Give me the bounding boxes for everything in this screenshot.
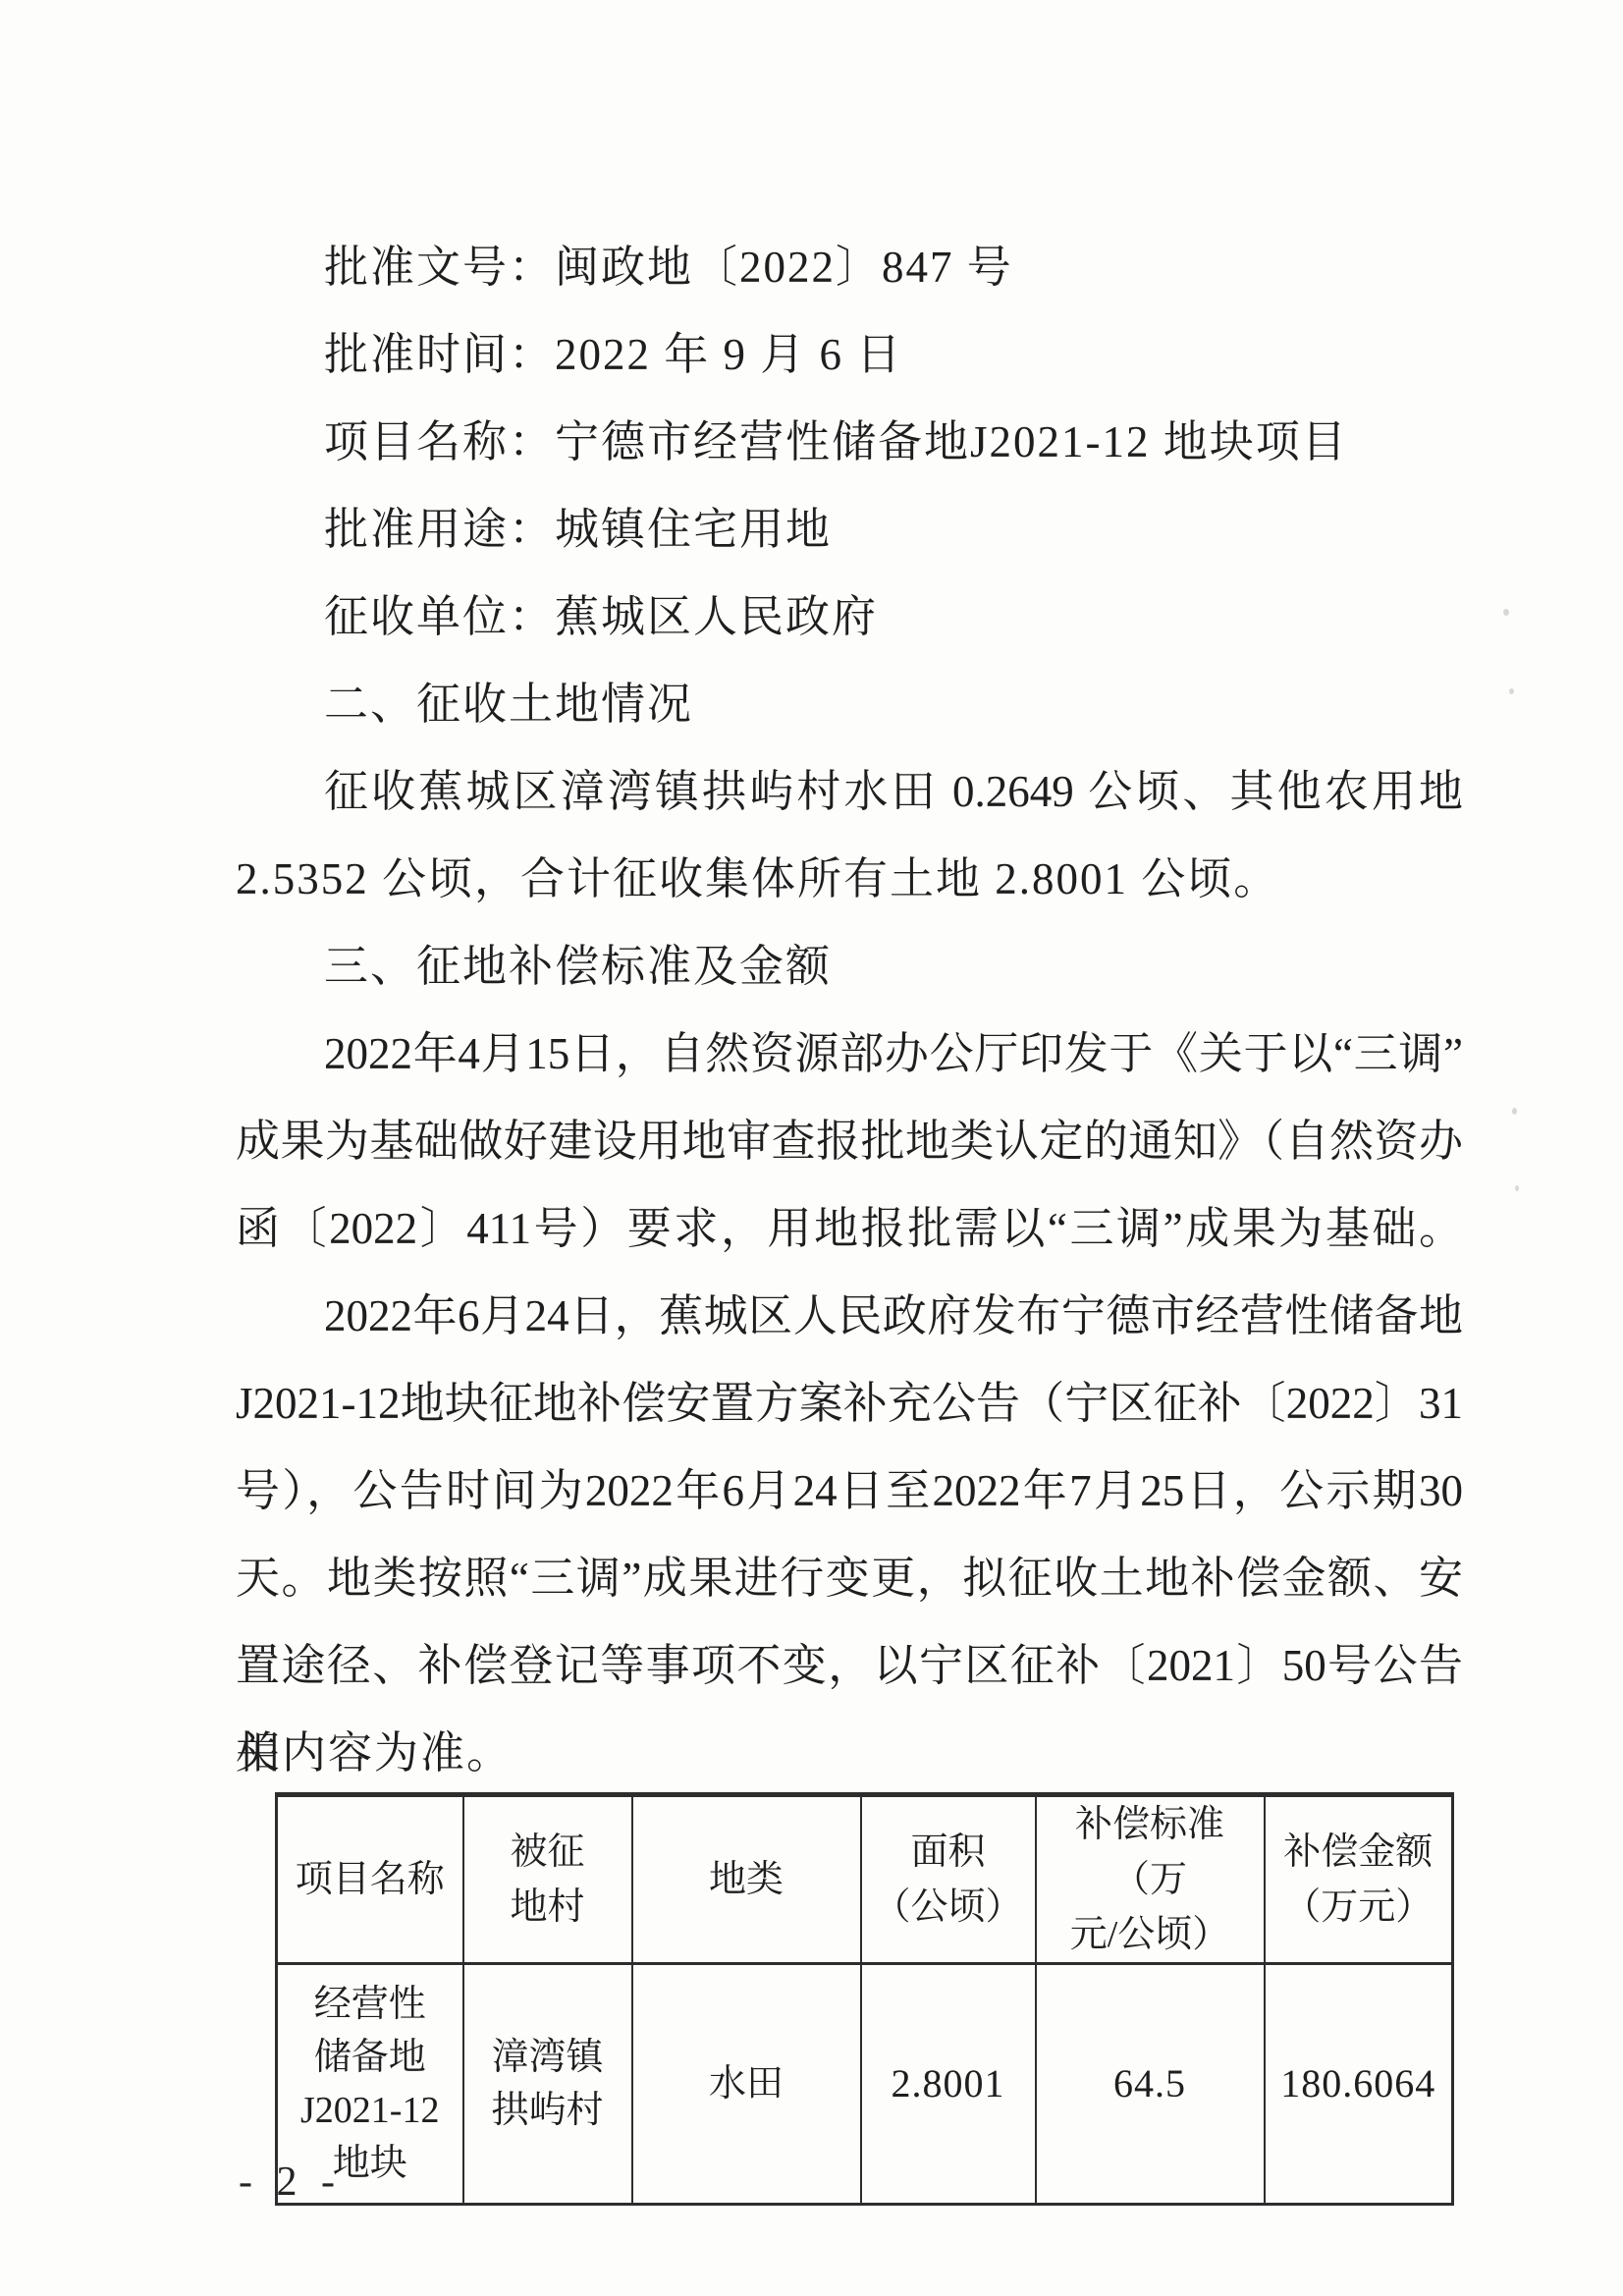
scan-artifact-speck <box>1515 1185 1519 1191</box>
cell-land-type: 水田 <box>632 1964 861 2205</box>
header-project-name: 项目名称 <box>277 1795 463 1964</box>
line-project-name: 项目名称：宁德市经营性储备地J2021-12 地块项目 <box>236 399 1463 486</box>
header-village: 被征 地村 <box>463 1795 632 1964</box>
table-header-row: 项目名称 被征 地村 地类 面积 （公顷） 补偿标准（万 元/公顷） 补偿金额 … <box>277 1795 1453 1964</box>
header-compensation-amount: 补偿金额 （万元） <box>1265 1795 1453 1964</box>
header-land-type: 地类 <box>632 1795 861 1964</box>
header-compensation-standard: 补偿标准（万 元/公顷） <box>1036 1795 1265 1964</box>
header-area: 面积 （公顷） <box>861 1795 1036 1964</box>
line-approved-use: 批准用途：城镇住宅用地 <box>236 486 1463 574</box>
para-supplement-line3: 号），公告时间为2022年6月24日至2022年7月25日，公示期30 <box>236 1448 1463 1535</box>
para-supplement-line6: 关内容为准。 <box>236 1710 1463 1797</box>
para-land-expropriation-line2: 2.5352 公顷，合计征收集体所有土地 2.8001 公顷。 <box>236 836 1463 923</box>
para-supplement-line1: 2022年6月24日，蕉城区人民政府发布宁德市经营性储备地 <box>236 1273 1463 1360</box>
cell-compensation-amount: 180.6064 <box>1265 1964 1453 2205</box>
heading-section-three: 三、征地补偿标准及金额 <box>236 923 1463 1011</box>
page-number: - 2 - <box>239 2159 342 2206</box>
para-land-expropriation-line1: 征收蕉城区漳湾镇拱屿村水田 0.2649 公顷、其他农用地 <box>236 748 1463 836</box>
cell-area: 2.8001 <box>861 1964 1036 2205</box>
compensation-table: 项目名称 被征 地村 地类 面积 （公顷） 补偿标准（万 元/公顷） 补偿金额 … <box>275 1792 1454 2206</box>
document-body: 批准文号：闽政地〔2022〕847 号 批准时间：2022 年 9 月 6 日 … <box>236 224 1463 1797</box>
scan-artifact-speck <box>1512 1108 1517 1115</box>
heading-section-two: 二、征收土地情况 <box>236 661 1463 748</box>
cell-village: 漳湾镇 拱屿村 <box>463 1964 632 2205</box>
line-approval-doc-number: 批准文号：闽政地〔2022〕847 号 <box>236 224 1463 311</box>
cell-compensation-standard: 64.5 <box>1036 1964 1265 2205</box>
para-supplement-line5: 置途径、补偿登记等事项不变，以宁区征补〔2021〕50号公告相 <box>236 1622 1463 1710</box>
para-supplement-line2: J2021-12地块征地补偿安置方案补充公告（宁区征补〔2022〕31 <box>236 1360 1463 1448</box>
line-approval-date: 批准时间：2022 年 9 月 6 日 <box>236 311 1463 399</box>
scan-artifact-speck <box>1509 688 1514 694</box>
scanned-document-page: 批准文号：闽政地〔2022〕847 号 批准时间：2022 年 9 月 6 日 … <box>0 0 1623 2296</box>
para-notice-line1: 2022年4月15日，自然资源部办公厅印发于《关于以“三调” <box>236 1011 1463 1098</box>
para-supplement-line4: 天。地类按照“三调”成果进行变更，拟征收土地补偿金额、安 <box>236 1535 1463 1622</box>
para-notice-line2: 成果为基础做好建设用地审查报批地类认定的通知》（自然资办 <box>236 1098 1463 1185</box>
line-expropriation-unit: 征收单位：蕉城区人民政府 <box>236 574 1463 661</box>
para-notice-line3: 函〔2022〕411号）要求，用地报批需以“三调”成果为基础。 <box>236 1185 1463 1273</box>
table-row: 经营性 储备地 J2021-12 地块 漳湾镇 拱屿村 水田 2.8001 64… <box>277 1964 1453 2205</box>
scan-artifact-speck <box>1503 609 1509 616</box>
